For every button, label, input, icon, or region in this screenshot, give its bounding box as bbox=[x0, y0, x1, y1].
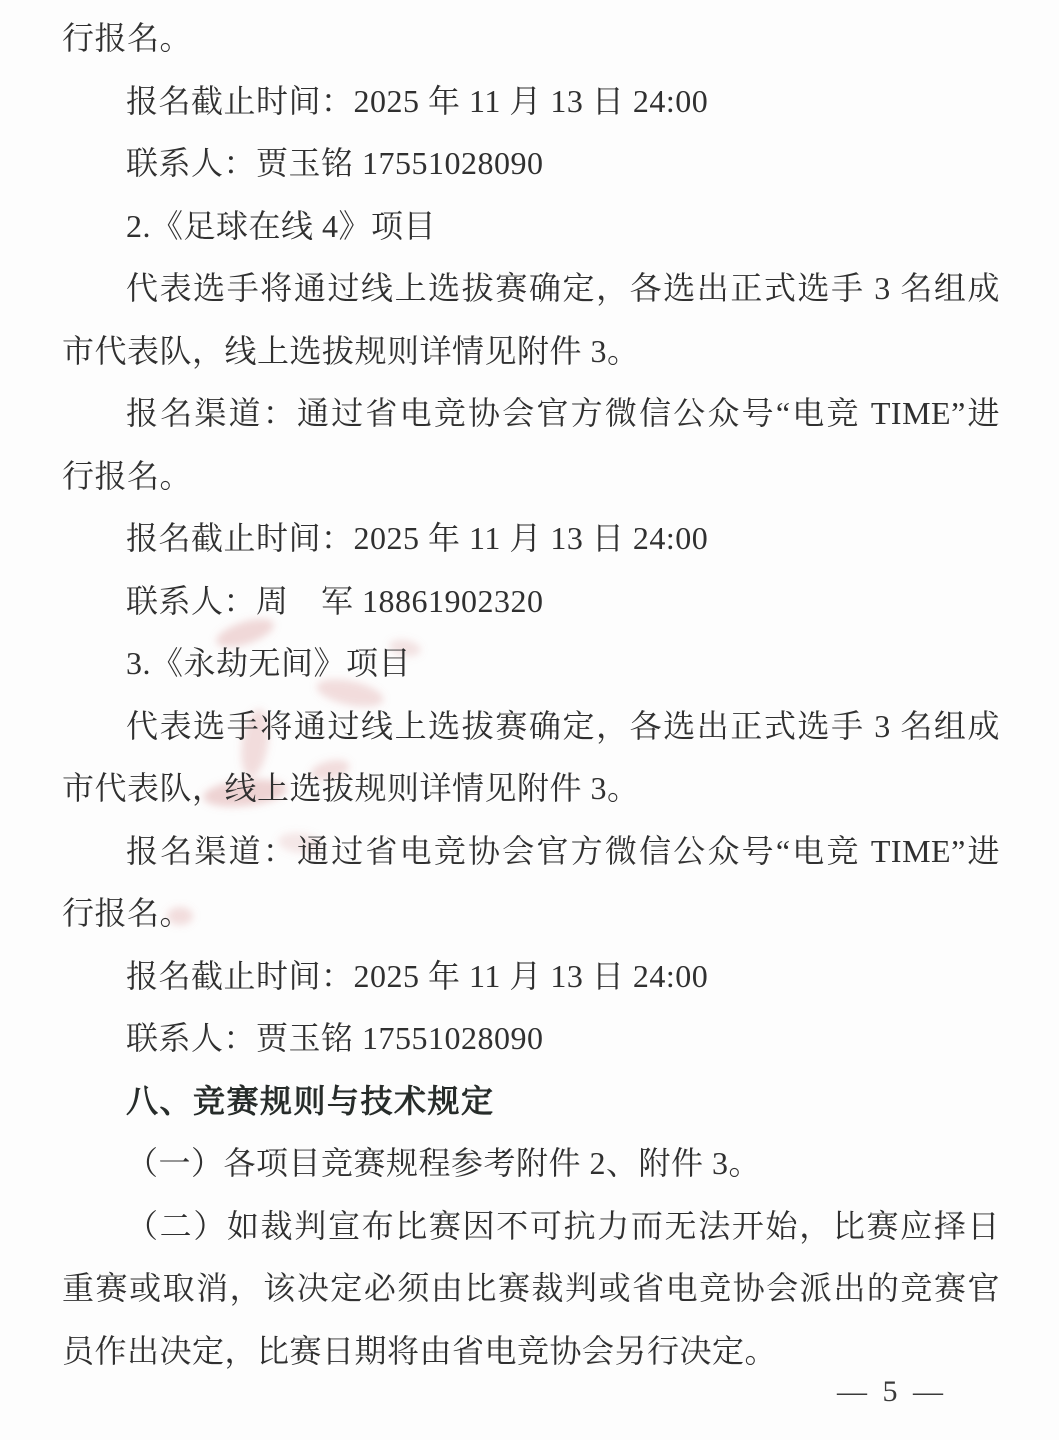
line-contact-person: 联系人：贾玉铭 17551028090 bbox=[62, 1007, 1000, 1070]
line-selection-description: 代表选手将通过线上选拔赛确定，各选出正式选手 3 名组成 bbox=[62, 257, 1000, 320]
line-registration-continuation: 行报名。 bbox=[62, 7, 1000, 70]
line-contact-person: 联系人：贾玉铭 17551028090 bbox=[62, 132, 1000, 195]
section-heading-rules: 八、竞赛规则与技术规定 bbox=[62, 1070, 1000, 1133]
line-rule-2-continuation: 重赛或取消，该决定必须由比赛裁判或省电竞协会派出的竞赛官 bbox=[62, 1257, 1000, 1320]
line-registration-deadline: 报名截止时间：2025 年 11 月 13 日 24:00 bbox=[62, 507, 1000, 570]
line-registration-channel: 报名渠道：通过省电竞协会官方微信公众号“电竞 TIME”进 bbox=[62, 382, 1000, 445]
line-channel-continuation: 行报名。 bbox=[62, 445, 1000, 508]
document-page: 行报名。 报名截止时间：2025 年 11 月 13 日 24:00 联系人：贾… bbox=[0, 0, 1059, 1440]
document-body: 行报名。 报名截止时间：2025 年 11 月 13 日 24:00 联系人：贾… bbox=[62, 7, 1000, 1382]
line-selection-continuation: 市代表队，线上选拔规则详情见附件 3。 bbox=[62, 757, 1000, 820]
line-selection-description: 代表选手将通过线上选拔赛确定，各选出正式选手 3 名组成 bbox=[62, 695, 1000, 758]
line-event-2-title: 2.《足球在线 4》项目 bbox=[62, 195, 1000, 258]
line-contact-person: 联系人：周 军 18861902320 bbox=[62, 570, 1000, 633]
line-channel-continuation: 行报名。 bbox=[62, 882, 1000, 945]
line-selection-continuation: 市代表队，线上选拔规则详情见附件 3。 bbox=[62, 320, 1000, 383]
line-event-3-title: 3.《永劫无间》项目 bbox=[62, 632, 1000, 695]
page-number: — 5 — bbox=[837, 1372, 947, 1412]
line-registration-deadline: 报名截止时间：2025 年 11 月 13 日 24:00 bbox=[62, 945, 1000, 1008]
line-rule-1: （一）各项目竞赛规程参考附件 2、附件 3。 bbox=[62, 1132, 1000, 1195]
line-registration-channel: 报名渠道：通过省电竞协会官方微信公众号“电竞 TIME”进 bbox=[62, 820, 1000, 883]
line-rule-2: （二）如裁判宣布比赛因不可抗力而无法开始，比赛应择日 bbox=[62, 1195, 1000, 1258]
line-registration-deadline: 报名截止时间：2025 年 11 月 13 日 24:00 bbox=[62, 70, 1000, 133]
